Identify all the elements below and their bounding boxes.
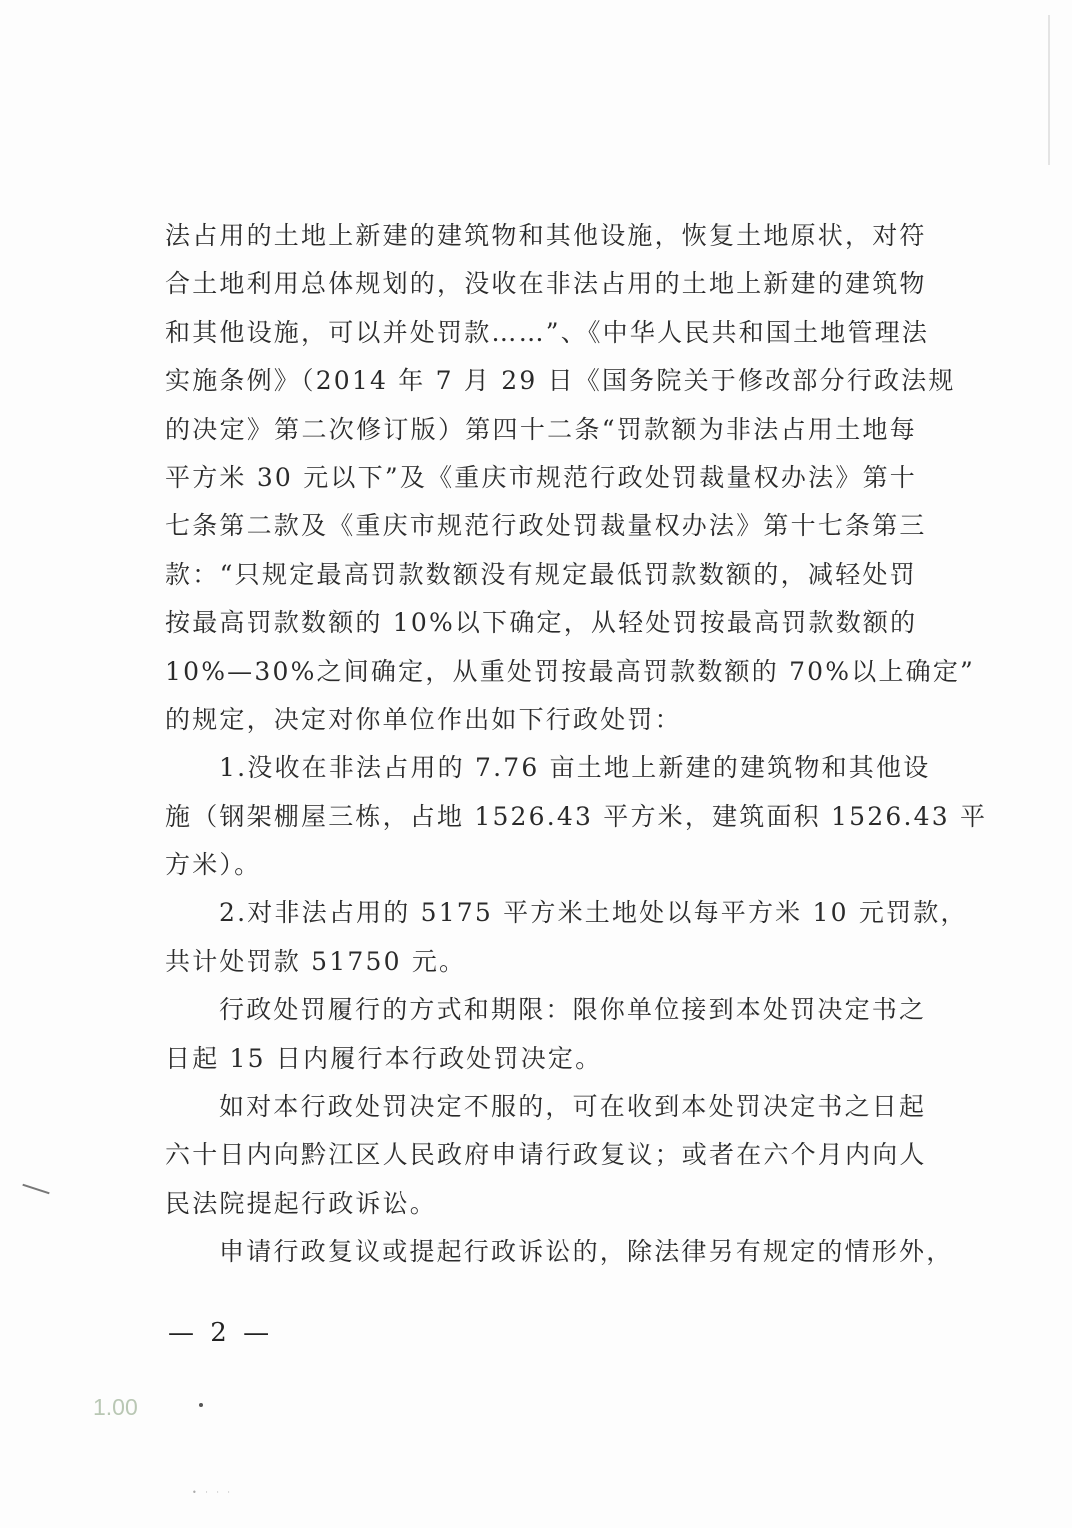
text-line: 日起 15 日内履行本行政处罚决定。 xyxy=(165,1035,917,1083)
text-line: 的规定，决定对你单位作出如下行政处罚： xyxy=(165,696,917,744)
scan-page-edge xyxy=(1048,15,1050,165)
dots-mark: • · · · xyxy=(192,1488,233,1497)
text-line: 的决定》第二次修订版）第四十二条“罚款额为非法占用土地每 xyxy=(165,406,917,454)
dot-mark xyxy=(199,1403,203,1407)
penalty-item-1: 1.没收在非法占用的 7.76 亩土地上新建的建筑物和其他设 xyxy=(165,744,917,792)
paragraph-review: 申请行政复议或提起行政诉讼的，除法律另有规定的情形外， xyxy=(165,1228,917,1276)
text-line: 10%—30%之间确定，从重处罚按最高罚款数额的 70%以上确定” xyxy=(165,648,917,696)
text-line: 法占用的土地上新建的建筑物和其他设施，恢复土地原状，对符 xyxy=(165,212,917,260)
text-line: 按最高罚款数额的 10%以下确定，从轻处罚按最高罚款数额的 xyxy=(165,599,917,647)
text-line: 实施条例》（2014 年 7 月 29 日《国务院关于修改部分行政法规 xyxy=(165,357,917,405)
text-line: 共计处罚款 51750 元。 xyxy=(165,938,917,986)
text-line: 七条第二款及《重庆市规范行政处罚裁量权办法》第十七条第三 xyxy=(165,502,917,550)
text-line: 方米）。 xyxy=(165,841,917,889)
text-line: 民法院提起行政诉讼。 xyxy=(165,1180,917,1228)
text-line: 施（钢架棚屋三栋，占地 1526.43 平方米，建筑面积 1526.43 平 xyxy=(165,793,917,841)
faint-stamp: 1.00 xyxy=(93,1394,138,1421)
penalty-item-2: 2.对非法占用的 5175 平方米土地处以每平方米 10 元罚款， xyxy=(165,889,917,937)
text-line: 平方米 30 元以下”及《重庆市规范行政处罚裁量权办法》第十 xyxy=(165,454,917,502)
text-line: 和其他设施，可以并处罚款……”、《中华人民共和国土地管理法 xyxy=(165,309,917,357)
paragraph-deadline: 行政处罚履行的方式和期限：限你单位接到本处罚决定书之 xyxy=(165,986,917,1034)
text-line: 六十日内向黔江区人民政府申请行政复议；或者在六个月内向人 xyxy=(165,1131,917,1179)
paragraph-appeal: 如对本行政处罚决定不服的，可在收到本处罚决定书之日起 xyxy=(165,1083,917,1131)
text-line: 款：“只规定最高罚款数额没有规定最低罚款数额的，减轻处罚 xyxy=(165,551,917,599)
text-line: 合土地利用总体规划的，没收在非法占用的土地上新建的建筑物 xyxy=(165,260,917,308)
document-body: 法占用的土地上新建的建筑物和其他设施，恢复土地原状，对符 合土地利用总体规划的，… xyxy=(165,212,917,1277)
page-number: — 2 — xyxy=(168,1318,273,1348)
scan-mark xyxy=(22,1184,49,1195)
